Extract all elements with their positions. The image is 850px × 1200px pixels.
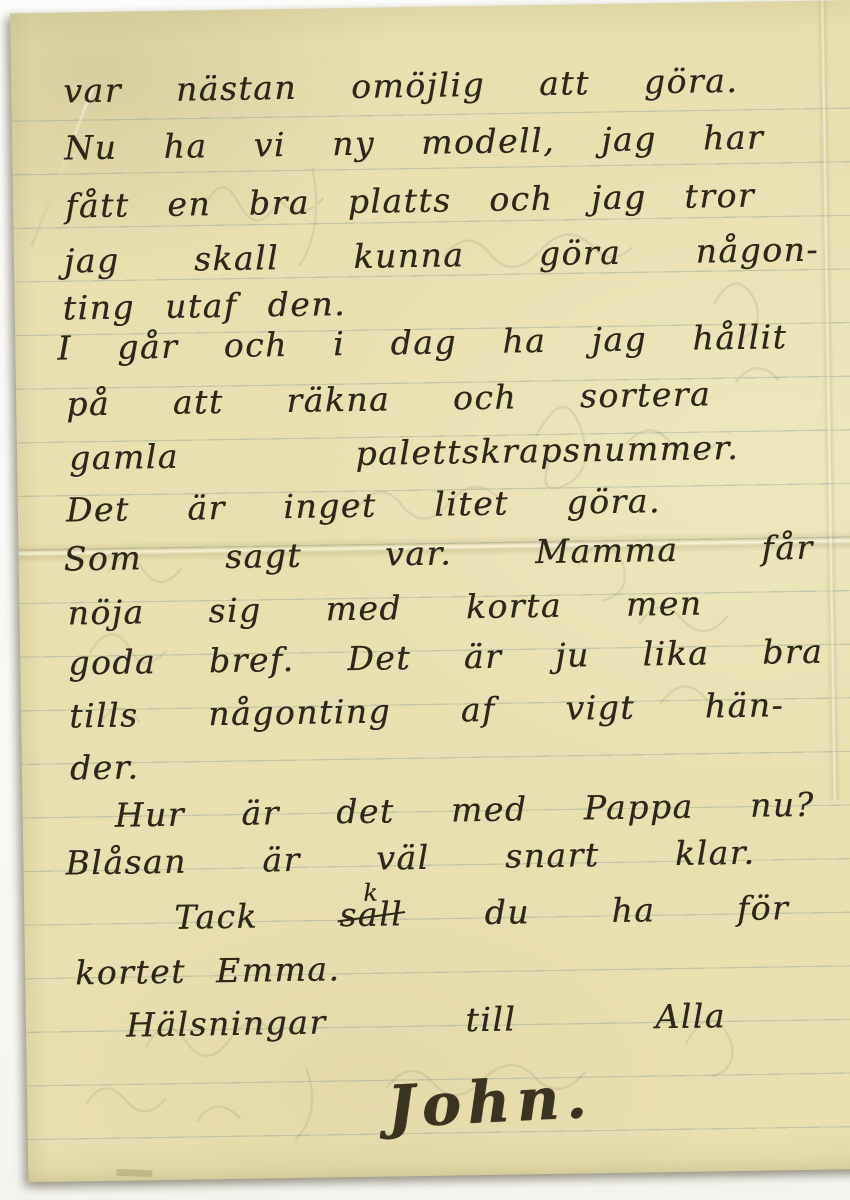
- letter-line: nöja sig med korta men: [67, 583, 703, 634]
- letter-line: Det är inget litet göra.: [66, 480, 662, 531]
- letter-line: var nästan omöjlig att göra.: [63, 60, 739, 112]
- letter-line: Blåsan är väl snart klar.: [65, 832, 756, 884]
- handwritten-text: var nästan omöjlig att göra. Nu ha vi ny…: [10, 0, 850, 1182]
- line-segment: du ha för: [484, 888, 789, 932]
- letter-line: jag skall kunna göra någon-: [64, 229, 820, 282]
- letter-line-with-correction: Tack sallk du ha för: [174, 887, 790, 938]
- letter-line: Hur är det med Pappa nu?: [114, 784, 815, 836]
- letter-line: der.: [70, 746, 140, 788]
- struck-word: sallk: [339, 893, 403, 935]
- line-segment: Tack: [174, 897, 258, 937]
- inserted-letter: k: [363, 879, 378, 909]
- signature: John.: [386, 1063, 595, 1141]
- letter-line: tills någonting af vigt hän-: [69, 684, 785, 736]
- letter-line: goda bref. Det är ju lika bra: [68, 631, 824, 684]
- letter-line: Som sagt var. Mamma får: [63, 527, 814, 580]
- letter-line: ting utaf den.: [62, 283, 346, 329]
- letter-line: gamla palettskrapsnummer.: [69, 427, 740, 479]
- letter-line: Nu ha vi ny modell, jag har: [64, 116, 765, 168]
- letter-line: Hälsningar till Alla: [126, 995, 727, 1046]
- scanned-letter-page: var nästan omöjlig att göra. Nu ha vi ny…: [0, 0, 850, 1200]
- letter-paper: var nästan omöjlig att göra. Nu ha vi ny…: [10, 0, 850, 1182]
- letter-line: fått en bra platts och jag tror: [65, 175, 756, 227]
- letter-line: på att räkna och sortera: [66, 373, 712, 424]
- letter-line: kortet Emma.: [75, 948, 341, 993]
